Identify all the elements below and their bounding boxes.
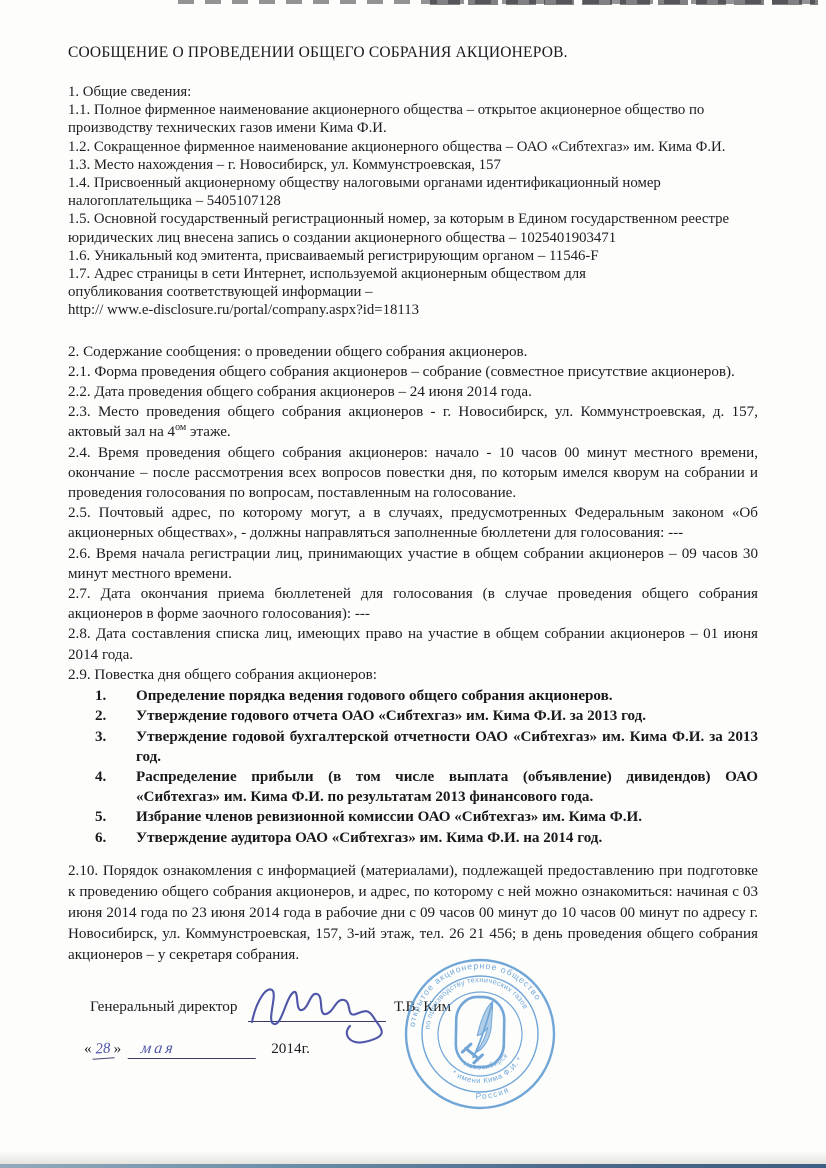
document-title: СООБЩЕНИЕ О ПРОВЕДЕНИИ ОБЩЕГО СОБРАНИЯ А… xyxy=(68,44,758,62)
stamp-city-text: Новосибирск xyxy=(461,1050,512,1076)
para-2-3-text: 2.3. Место проведения общего собрания ак… xyxy=(68,404,758,440)
agenda-item: 3. Утверждение годовой бухгалтерской отч… xyxy=(95,727,758,767)
close-quote: » xyxy=(114,1040,122,1058)
open-quote: « xyxy=(84,1040,92,1058)
handwritten-day: 28 xyxy=(91,1040,114,1059)
section1-line: производству технических газов имени Ким… xyxy=(68,119,758,137)
section1-line: 1.2. Сокращенное фирменное наименование … xyxy=(68,138,758,156)
agenda-item-text: Утверждение аудитора ОАО «Сибтехгаз» им.… xyxy=(136,828,758,848)
section1-line: 1.4. Присвоенный акционерному обществу н… xyxy=(68,174,758,192)
agenda-item-number: 5. xyxy=(95,807,136,827)
agenda-item-text: Утверждение годовой бухгалтерской отчетн… xyxy=(136,727,758,767)
para-2-9-agenda-heading: 2.9. Повестка дня общего собрания акцион… xyxy=(68,665,758,685)
agenda-item: 5. Избрание членов ревизионной комиссии … xyxy=(95,807,758,827)
section-general-info: 1. Общие сведения: 1.1. Полное фирменное… xyxy=(68,83,758,320)
para-2-8: 2.8. Дата составления списка лиц, имеющи… xyxy=(68,624,758,664)
company-seal-stamp: открытое акционерное общество Россия по … xyxy=(395,949,565,1119)
disclosure-url: http:// www.e-disclosure.ru/portal/compa… xyxy=(68,301,758,319)
scan-artifact-bottom-edge xyxy=(0,1164,826,1168)
para-2-2: 2.2. Дата проведения общего собрания акц… xyxy=(68,382,758,402)
section1-line: налогоплательщика – 5405107128 xyxy=(68,192,758,210)
para-2-3-superscript: ом xyxy=(175,422,186,433)
para-2-1: 2.1. Форма проведения общего собрания ак… xyxy=(68,362,758,382)
signatory-name: Т.В. Ким xyxy=(394,998,451,1016)
document-body: СООБЩЕНИЕ О ПРОВЕДЕНИИ ОБЩЕГО СОБРАНИЯ А… xyxy=(68,0,758,966)
agenda-item-text: Распределение прибыли (в том числе выпла… xyxy=(136,767,758,807)
section1-line: 1.7. Адрес страницы в сети Интернет, исп… xyxy=(68,265,758,283)
agenda-item-text: Избрание членов ревизионной комиссии ОАО… xyxy=(136,807,758,827)
handwritten-month: мая xyxy=(128,1040,259,1059)
section2-heading: 2. Содержание сообщения: о проведении об… xyxy=(68,342,758,362)
section1-line: опубликования соответствующей информации… xyxy=(68,283,758,301)
stamp-company-name-text: * имени Кима Ф.И. * xyxy=(449,1054,528,1092)
agenda-item-number: 4. xyxy=(95,767,136,807)
section-message-content: 2. Содержание сообщения: о проведении об… xyxy=(68,342,758,966)
agenda-item-number: 6. xyxy=(95,828,136,848)
section1-line: 1.3. Место нахождения – г. Новосибирск, … xyxy=(68,156,758,174)
svg-text:Новосибирск: Новосибирск xyxy=(461,1050,512,1076)
scanned-document-page: СООБЩЕНИЕ О ПРОВЕДЕНИИ ОБЩЕГО СОБРАНИЯ А… xyxy=(0,0,826,1168)
stamp-outer-ring-bottom-text: Россия xyxy=(474,1085,512,1104)
agenda-item-number: 3. xyxy=(95,727,136,767)
para-2-10: 2.10. Порядок ознакомления с информацией… xyxy=(68,861,758,966)
agenda-item: 1. Определение порядка ведения годового … xyxy=(95,686,758,706)
signatory-role-label: Генеральный директор xyxy=(90,998,237,1016)
svg-text:Россия: Россия xyxy=(474,1085,512,1104)
document-date-line: «28» мая 2014г. xyxy=(84,1040,310,1059)
agenda-item-number: 2. xyxy=(95,706,136,726)
agenda-list: 1. Определение порядка ведения годового … xyxy=(95,686,758,848)
section1-line: 1.6. Уникальный код эмитента, присваивае… xyxy=(68,247,758,265)
agenda-item: 4. Распределение прибыли (в том числе вы… xyxy=(95,767,758,807)
para-2-3: 2.3. Место проведения общего собрания ак… xyxy=(68,402,758,442)
para-2-6: 2.6. Время начала регистрации лиц, прини… xyxy=(68,544,758,584)
section1-line: 1.5. Основной государственный регистраци… xyxy=(68,210,758,228)
para-2-3-tail: этаже. xyxy=(186,424,230,440)
handwritten-signature xyxy=(246,978,396,1046)
signature-underline xyxy=(248,1021,386,1022)
agenda-item-text: Определение порядка ведения годового общ… xyxy=(136,686,758,706)
agenda-item-number: 1. xyxy=(95,686,136,706)
stamp-quill-emblem xyxy=(441,987,519,1077)
section1-heading: 1. Общие сведения: xyxy=(68,83,758,101)
para-2-5: 2.5. Почтовый адрес, по которому могут, … xyxy=(68,503,758,543)
year-label: 2014г. xyxy=(271,1040,310,1058)
agenda-item-text: Утверждение годового отчета ОАО «Сибтехг… xyxy=(136,706,758,726)
section1-line: 1.1. Полное фирменное наименование акцио… xyxy=(68,101,758,119)
scan-artifact-bottom-shadow xyxy=(0,1151,826,1165)
para-2-4: 2.4. Время проведения общего собрания ак… xyxy=(68,443,758,504)
agenda-item: 6. Утверждение аудитора ОАО «Сибтехгаз» … xyxy=(95,828,758,848)
para-2-7: 2.7. Дата окончания приема бюллетеней дл… xyxy=(68,584,758,624)
svg-text:* имени Кима Ф.И. *: * имени Кима Ф.И. * xyxy=(449,1054,528,1092)
agenda-item: 2. Утверждение годового отчета ОАО «Сибт… xyxy=(95,706,758,726)
section1-line: юридических лиц внесена запись о создани… xyxy=(68,229,758,247)
